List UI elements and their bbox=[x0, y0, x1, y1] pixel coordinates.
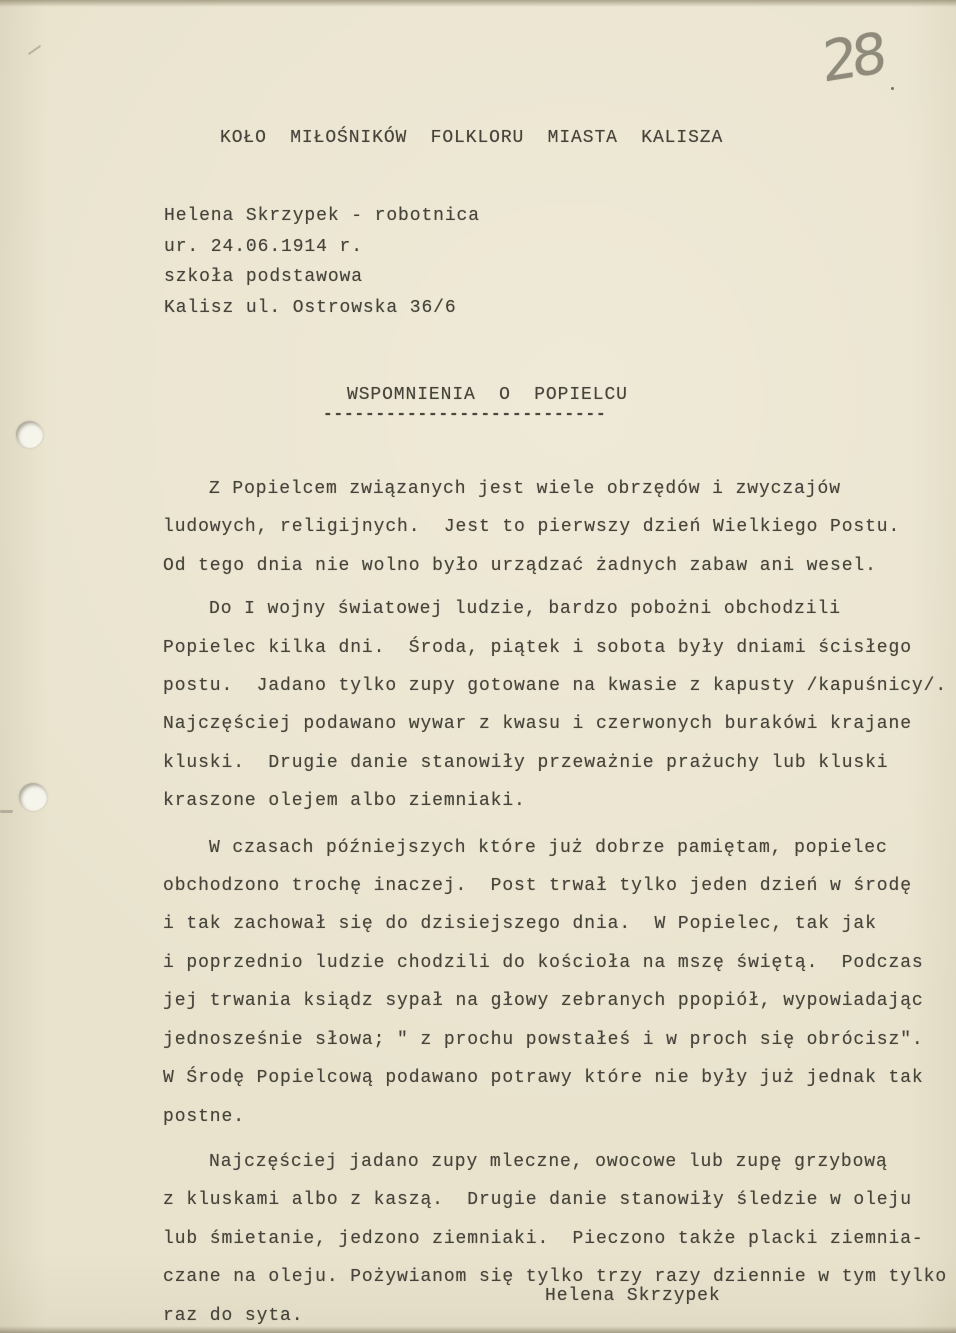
text-line: obchodzono trochę inaczej. Post trwał ty… bbox=[163, 867, 950, 905]
author-address: Kalisz ul. Ostrowska 36/6 bbox=[164, 293, 480, 324]
text-line: W czasach późniejszych które już dobrze … bbox=[163, 829, 950, 867]
text-line: jej trwania ksiądz sypał na głowy zebran… bbox=[163, 982, 950, 1020]
title-underline: --------------------------- bbox=[323, 405, 607, 423]
document-header: KOŁO MIŁOŚNIKÓW FOLKLORU MIASTA KALISZA bbox=[220, 128, 723, 148]
author-birthdate: ur. 24.06.1914 r. bbox=[164, 232, 480, 263]
text-line: ludowych, religijnych. Jest to pierwszy … bbox=[163, 508, 950, 546]
scan-edge-top bbox=[0, 0, 956, 7]
author-name: Helena Skrzypek - robotnica bbox=[164, 201, 480, 232]
hole-punch-bottom bbox=[19, 783, 47, 811]
text-line: Popielec kilka dni. Środa, piątek i sobo… bbox=[163, 629, 950, 667]
document-body: Z Popielcem związanych jest wiele obrzęd… bbox=[163, 470, 950, 1333]
text-line: Do I wojny światowej ludzie, bardzo pobo… bbox=[163, 590, 950, 628]
paragraph: Do I wojny światowej ludzie, bardzo pobo… bbox=[163, 590, 950, 820]
paragraph: W czasach późniejszych które już dobrze … bbox=[163, 829, 950, 1136]
text-line: kraszone olejem albo ziemniaki. bbox=[163, 782, 950, 820]
text-line: lub śmietanie, jedzono ziemniaki. Pieczo… bbox=[163, 1220, 950, 1258]
pencil-smudge bbox=[28, 45, 41, 55]
text-line: postne. bbox=[163, 1098, 950, 1136]
text-line: z kluskami albo z kaszą. Drugie danie st… bbox=[163, 1181, 950, 1219]
text-line: i tak zachował się do dzisiejszego dnia.… bbox=[163, 905, 950, 943]
hole-punch-top bbox=[16, 421, 43, 448]
handwritten-page-number: 28 bbox=[821, 21, 882, 96]
text-line: Najczęściej jadano zupy mleczne, owocowe… bbox=[163, 1143, 950, 1181]
pencil-dash bbox=[0, 810, 13, 813]
text-line: Od tego dnia nie wolno było urządzać żad… bbox=[163, 547, 950, 585]
author-education: szkoła podstawowa bbox=[164, 262, 480, 293]
text-line: postu. Jadano tylko zupy gotowane na kwa… bbox=[163, 667, 950, 705]
text-line: W Środę Popielcową podawano potrawy któr… bbox=[163, 1059, 950, 1097]
paragraph: Z Popielcem związanych jest wiele obrzęd… bbox=[163, 470, 950, 585]
ink-speck bbox=[891, 87, 894, 90]
author-block: Helena Skrzypek - robotnica ur. 24.06.19… bbox=[164, 201, 480, 323]
text-line: Z Popielcem związanych jest wiele obrzęd… bbox=[163, 470, 950, 508]
text-line: i poprzednio ludzie chodzili do kościoła… bbox=[163, 944, 950, 982]
signature: Helena Skrzypek bbox=[545, 1277, 721, 1315]
text-line: Najczęściej podawano wywar z kwasu i cze… bbox=[163, 705, 950, 743]
text-line: jednosześnie słowa; " z prochu powstałeś… bbox=[163, 1021, 950, 1059]
text-line: kluski. Drugie danie stanowiły przeważni… bbox=[163, 744, 950, 782]
document-title: WSPOMNIENIA O POPIELCU bbox=[347, 385, 628, 405]
document-page: 28 KOŁO MIŁOŚNIKÓW FOLKLORU MIASTA KALIS… bbox=[0, 0, 956, 1333]
